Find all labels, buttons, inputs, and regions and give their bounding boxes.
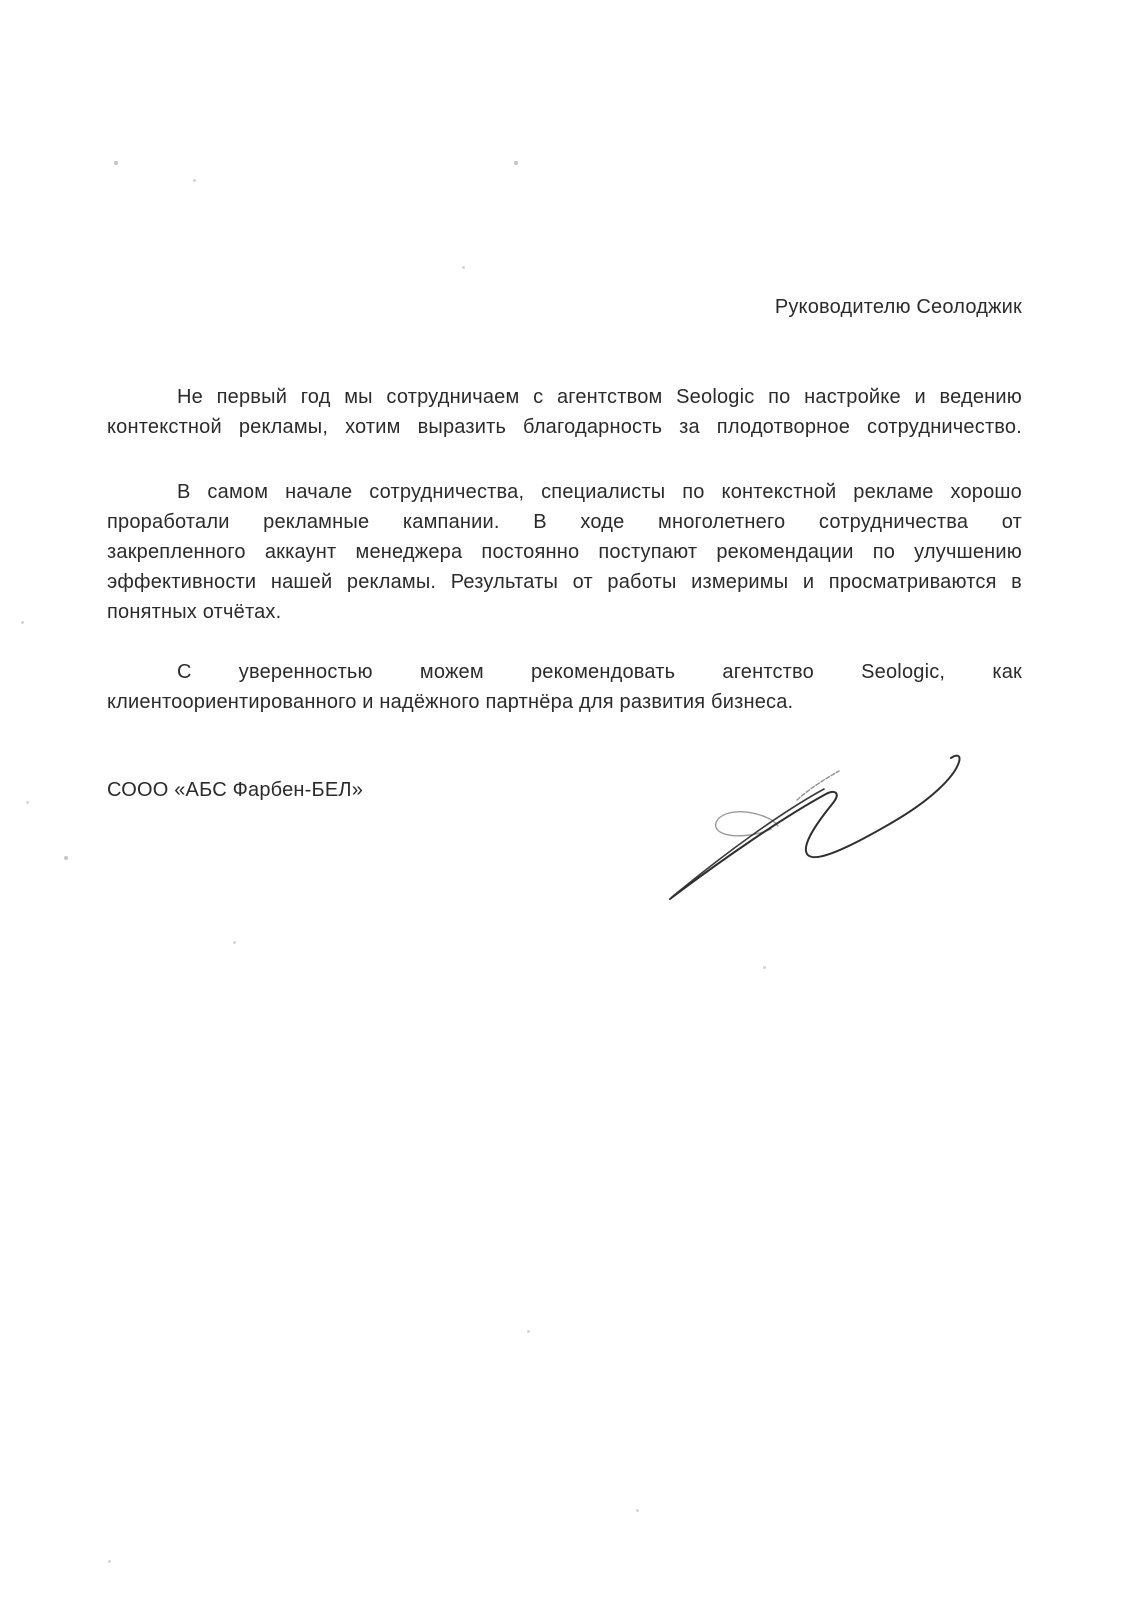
recipient-line: Руководителю Сеолоджик [107, 292, 1022, 322]
scan-speck [193, 179, 196, 182]
scan-speck [462, 266, 465, 269]
paragraph-2-line-5: понятных отчётах. [107, 597, 1022, 627]
paragraph-2-line-3: закрепленного аккаунт менеджера постоянн… [107, 537, 1022, 567]
paragraph-2-line-1: В самом начале сотрудничества, специалис… [107, 477, 1022, 507]
handwritten-signature-icon [630, 730, 980, 900]
paragraph-1: Не первый год мы сотрудничаем с агентств… [107, 382, 1022, 442]
scan-speck [636, 1509, 639, 1512]
paragraph-3-line-2: клиентоориентированного и надёжного парт… [107, 687, 1022, 717]
signature [630, 730, 980, 900]
scan-speck [514, 161, 518, 165]
letter-page: Руководителю Сеолоджик Не первый год мы … [0, 0, 1130, 1600]
scan-speck [108, 1560, 111, 1563]
scan-speck [64, 856, 68, 860]
scan-speck [114, 161, 118, 165]
scan-speck [21, 621, 24, 624]
paragraph-3-line-1: С уверенностью можем рекомендовать агент… [107, 657, 1022, 687]
paragraph-3: С уверенностью можем рекомендовать агент… [107, 657, 1022, 717]
signer-company: СООО «АБС Фарбен-БЕЛ» [107, 775, 607, 805]
paragraph-2-line-4: эффективности нашей рекламы. Результаты … [107, 567, 1022, 597]
scan-speck [763, 966, 766, 969]
paragraph-2-line-2: проработали рекламные кампании. В ходе м… [107, 507, 1022, 537]
paragraph-2: В самом начале сотрудничества, специалис… [107, 477, 1022, 627]
paragraph-1-line-1: Не первый год мы сотрудничаем с агентств… [107, 382, 1022, 412]
scan-speck [233, 941, 236, 944]
paragraph-1-line-2: контекстной рекламы, хотим выразить благ… [107, 412, 1022, 442]
scan-speck [26, 801, 29, 804]
scan-speck [527, 1330, 530, 1333]
